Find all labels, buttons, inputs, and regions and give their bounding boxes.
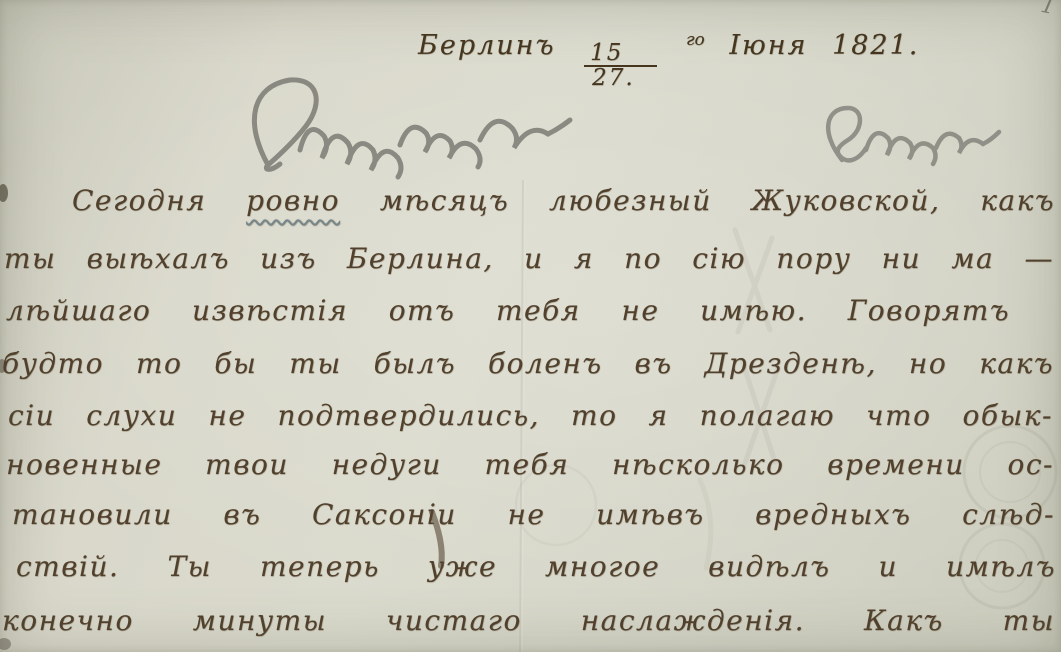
letter-line-7: тановили въ Саксоніи не имѣвъ вредныхъ с… — [12, 498, 1055, 548]
line-text: ты выѣхалъ изъ Берлина, и я по сію пору … — [4, 242, 1054, 275]
pencil-annotation-right — [828, 108, 999, 164]
letter-line-5: сіи слухи не подтвердились, то я полагаю… — [8, 399, 1053, 449]
date-suffix: го — [686, 30, 705, 50]
line-text: лѣйшаго извѣстія отъ тебя не имѣю. Говор… — [6, 294, 1010, 327]
line-text: Сегодня — [72, 184, 246, 217]
letter-line-1: Сегодня ровно мѣсяцъ любезный Жуковской,… — [72, 184, 1055, 234]
heading-month: Іюня — [729, 30, 807, 61]
date-fraction: 1527. — [584, 44, 657, 88]
line-text: мѣсяцъ любезный Жуковской, какъ — [340, 184, 1055, 217]
underlined-word: ровно — [246, 184, 340, 217]
line-text: тановили въ Саксоніи не имѣвъ вредныхъ с… — [12, 498, 1055, 531]
line-text: новенные твои недуги тебя нѣсколько врем… — [6, 448, 1054, 481]
letter-line-2: ты выѣхалъ изъ Берлина, и я по сію пору … — [4, 242, 1054, 292]
date-new-style: 27. — [584, 67, 635, 89]
pencil-annotation-left — [254, 80, 570, 177]
date-old-style: 15 — [584, 44, 657, 67]
heading-place: Берлинъ — [418, 30, 555, 61]
line-text: конечно минуты чистаго наслажденія. Какъ… — [2, 604, 1055, 637]
letter-line-6: новенные твои недуги тебя нѣсколько врем… — [6, 448, 1054, 498]
letter-line-9: конечно минуты чистаго наслажденія. Какъ… — [2, 604, 1055, 652]
line-text: сіи слухи не подтвердились, то я полагаю… — [8, 399, 1053, 432]
letter-line-4: будто то бы ты былъ боленъ въ Дрезденѣ, … — [2, 347, 1054, 397]
heading-date-line: Берлинъ 1527. го Іюня 1821. — [418, 30, 918, 88]
letter-line-3: лѣйшаго извѣстія отъ тебя не имѣю. Говор… — [6, 294, 1010, 344]
page-corner-mark: 1 — [1039, 0, 1058, 20]
manuscript-page: 1 Берлинъ 1527. го Іюня 1821. Сегодня ро… — [0, 0, 1061, 652]
heading-year: 1821. — [832, 30, 919, 61]
letter-line-8: ствій. Ты теперь уже многое видѣлъ и имѣ… — [16, 550, 1056, 600]
line-text: ствій. Ты теперь уже многое видѣлъ и имѣ… — [16, 550, 1056, 583]
line-text: будто то бы ты былъ боленъ въ Дрезденѣ, … — [2, 347, 1054, 380]
